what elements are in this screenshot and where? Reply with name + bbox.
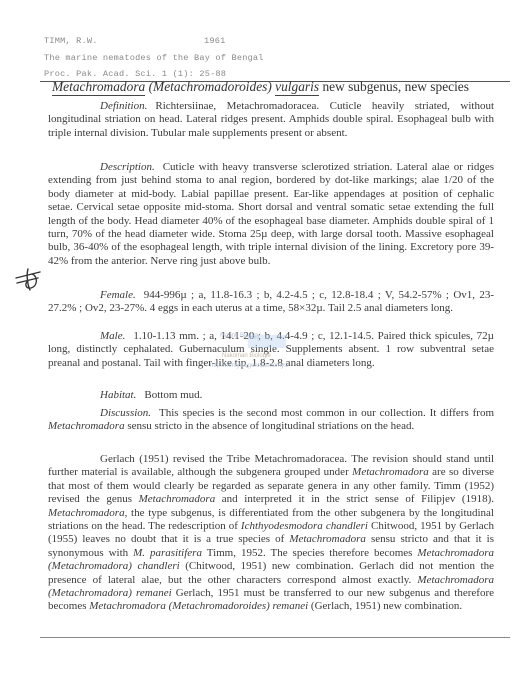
female-label: Female. [100,289,136,301]
document-page: TIMM, R.W.1961 The marine nematodes of t… [0,0,519,700]
discussion-taxon: Metachromadora [48,420,125,432]
section-female: Female.944-996µ ; a, 11.8-16.3 ; b, 4.2-… [48,289,494,316]
taxon-name: Metachromadora [48,507,125,519]
section-male: Male.1.10-1.13 mm. ; a, 14.1-20 ; b, 4.4… [48,330,494,370]
habitat-label: Habitat. [100,389,136,401]
section-habitat: Habitat.Bottom mud. [48,389,494,402]
citation-year: 1961 [204,36,225,46]
taxon-name: Metachromadora (Metachromadoroides) rema… [89,600,308,612]
scan-rule [40,637,510,638]
habitat-text: Bottom mud. [144,389,202,401]
definition-label: Definition. [100,100,147,112]
taxon-name: Ichthyodesmodora chandleri [241,520,368,532]
section-definition: Definition.Richtersiinae, Metachromadora… [48,100,494,140]
citation-author-line: TIMM, R.W.1961 [44,36,98,46]
heading-genus: Metachromadora [52,79,145,96]
discussion-text-2: sensu stricto in the absence of longitud… [125,420,415,432]
male-label: Male. [100,330,125,342]
citation-author: TIMM, R.W. [44,36,98,46]
species-heading: Metachromadora (Metachromadoroides) vulg… [52,79,512,95]
description-label: Description. [100,161,155,173]
discussion-text-1: This species is the second most common i… [159,407,494,419]
gerlach-text: Timm, 1952. The species therefore become… [202,547,417,559]
description-text: Cuticle with heavy transverse sclerotize… [48,161,494,267]
handwritten-arrow-icon [14,264,44,294]
section-discussion: Discussion.This species is the second mo… [48,407,494,434]
citation-title: The marine nematodes of the Bay of Benga… [44,53,264,63]
gerlach-text: (Gerlach, 1951) new combination. [308,600,462,612]
heading-subgenus: (Metachromadoroides) [149,79,272,94]
taxon-name: M. parasitifera [133,547,202,559]
section-gerlach-revision: Gerlach (1951) revised the Tribe Metachr… [48,453,494,614]
heading-species: vulgaris [275,79,319,96]
citation-journal: Proc. Pak. Acad. Sci. 1 (1): 25-88 [44,69,226,79]
heading-status: new subgenus, new species [322,79,469,94]
taxon-name: Metachromadora [139,493,216,505]
discussion-label: Discussion. [100,407,151,419]
section-description: Description.Cuticle with heavy transvers… [48,161,494,268]
taxon-name: Metachromadora [289,533,366,545]
gerlach-text: and interpreted it in the strict sense o… [215,493,494,505]
taxon-name: Metachromadora [352,466,429,478]
